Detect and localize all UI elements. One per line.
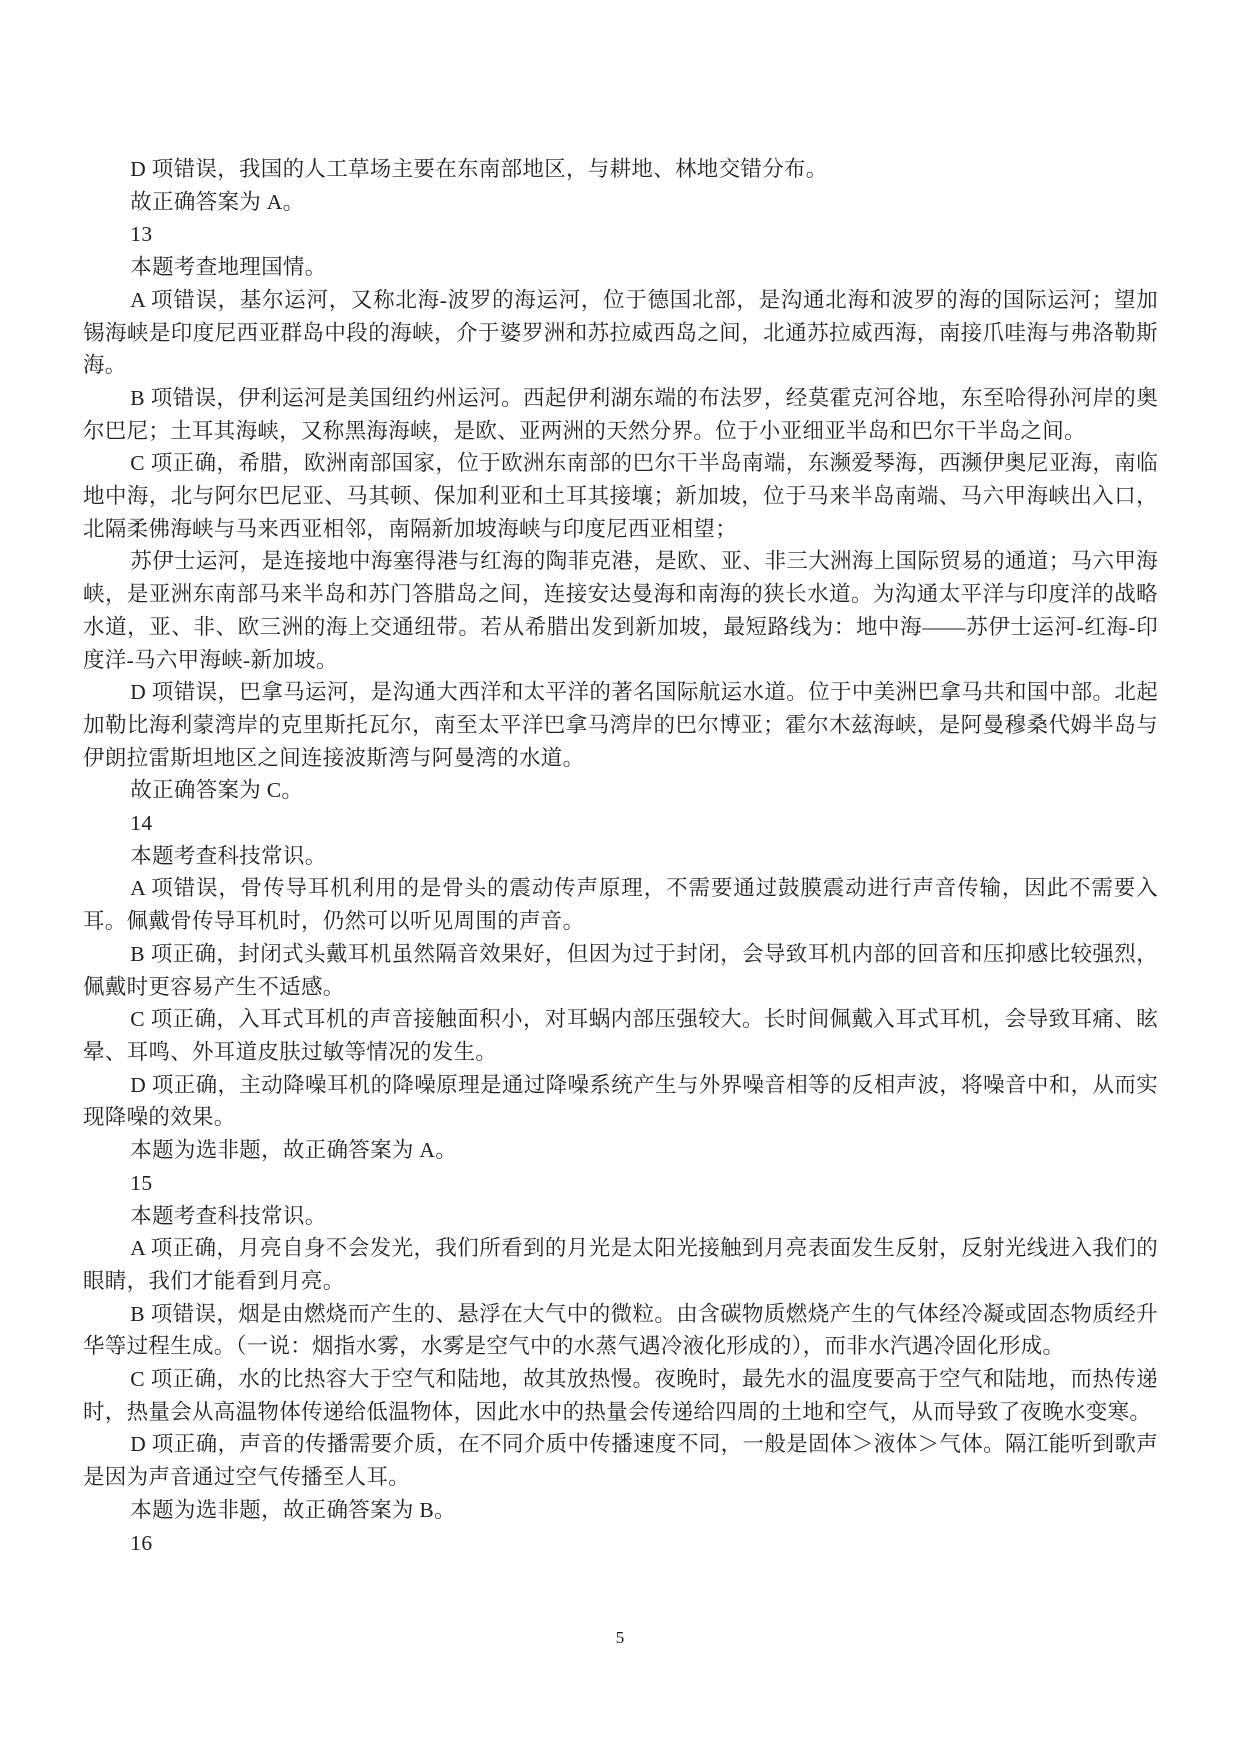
paragraph: D 项错误，我国的人工草场主要在东南部地区，与耕地、林地交错分布。 — [83, 153, 1158, 186]
paragraph: A 项正确，月亮自身不会发光，我们所看到的月光是太阳光接触到月亮表面发生反射，反… — [83, 1232, 1158, 1297]
paragraph: D 项正确，主动降噪耳机的降噪原理是通过降噪系统产生与外界噪音相等的反相声波，将… — [83, 1069, 1158, 1134]
paragraph: C 项正确，希腊，欧洲南部国家，位于欧洲东南部的巴尔干半岛南端，东濒爱琴海，西濒… — [83, 447, 1158, 545]
paragraph: 本题为选非题，故正确答案为 B。 — [83, 1494, 1158, 1527]
paragraph: C 项正确，入耳式耳机的声音接触面积小，对耳蜗内部压强较大。长时间佩戴入耳式耳机… — [83, 1003, 1158, 1068]
paragraph: 本题考查科技常识。 — [83, 1200, 1158, 1233]
paragraph: D 项正确，声音的传播需要介质，在不同介质中传播速度不同，一般是固体＞液体＞气体… — [83, 1428, 1158, 1493]
document-body: D 项错误，我国的人工草场主要在东南部地区，与耕地、林地交错分布。故正确答案为 … — [83, 153, 1158, 1559]
paragraph: 14 — [83, 807, 1158, 840]
paragraph: C 项正确，水的比热容大于空气和陆地，故其放热慢。夜晚时，最先水的温度要高于空气… — [83, 1363, 1158, 1428]
paragraph: 苏伊士运河，是连接地中海塞得港与红海的陶菲克港，是欧、亚、非三大洲海上国际贸易的… — [83, 545, 1158, 676]
paragraph: B 项正确，封闭式头戴耳机虽然隔音效果好，但因为过于封闭，会导致耳机内部的回音和… — [83, 938, 1158, 1003]
paragraph: 15 — [83, 1167, 1158, 1200]
paragraph: 故正确答案为 A。 — [83, 186, 1158, 219]
page-number: 5 — [0, 1628, 1240, 1648]
paragraph: A 项错误，骨传导耳机利用的是骨头的震动传声原理，不需要通过鼓膜震动进行声音传输… — [83, 872, 1158, 937]
paragraph: B 项错误，伊利运河是美国纽约州运河。西起伊利湖东端的布法罗，经莫霍克河谷地，东… — [83, 382, 1158, 447]
paragraph: 13 — [83, 218, 1158, 251]
paragraph: 故正确答案为 C。 — [83, 774, 1158, 807]
paragraph: 本题考查科技常识。 — [83, 840, 1158, 873]
paragraph: 本题为选非题，故正确答案为 A。 — [83, 1134, 1158, 1167]
paragraph: 16 — [83, 1527, 1158, 1560]
paragraph: D 项错误，巴拿马运河，是沟通大西洋和太平洋的著名国际航运水道。位于中美洲巴拿马… — [83, 676, 1158, 774]
paragraph: 本题考查地理国情。 — [83, 251, 1158, 284]
paragraph: B 项错误，烟是由燃烧而产生的、悬浮在大气中的微粒。由含碳物质燃烧产生的气体经冷… — [83, 1298, 1158, 1363]
document-page: D 项错误，我国的人工草场主要在东南部地区，与耕地、林地交错分布。故正确答案为 … — [0, 0, 1240, 1754]
paragraph: A 项错误，基尔运河，又称北海-波罗的海运河，位于德国北部，是沟通北海和波罗的海… — [83, 284, 1158, 382]
